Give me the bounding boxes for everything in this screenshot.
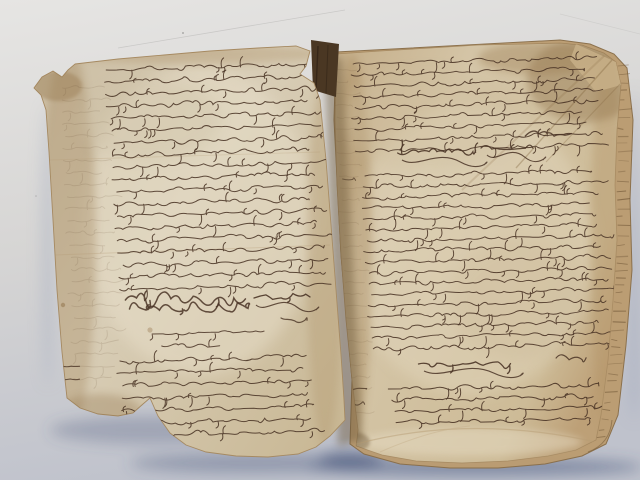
page-edge-streak (599, 430, 604, 431)
manuscript-photo: Handwritten notarial register, browned l… (0, 0, 640, 480)
small-spot (61, 303, 65, 307)
dust-speck (35, 195, 37, 197)
page-edge-streak (616, 216, 622, 217)
manuscript-scene: Handwritten notarial register, browned l… (0, 0, 640, 480)
right-page (332, 38, 640, 463)
page-edge-streak (618, 171, 625, 172)
dust-speck (182, 32, 184, 34)
page-edge-streak (613, 322, 626, 323)
page-edge-streak (616, 256, 628, 257)
left-page (34, 44, 345, 457)
bottom-curl-highlight (358, 428, 582, 456)
